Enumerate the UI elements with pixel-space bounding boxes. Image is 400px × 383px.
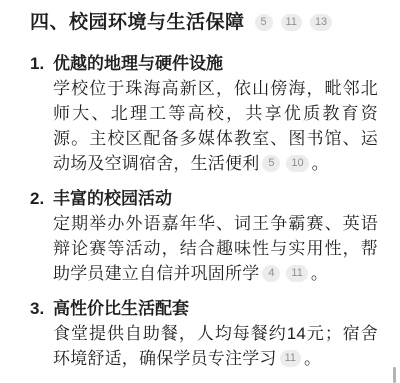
section-heading: 四、校园环境与生活保障 5 11 13 <box>30 9 378 36</box>
list-item-title-text: 丰富的校园活动 <box>53 186 172 211</box>
body-text-end: 。 <box>311 264 328 283</box>
list-item-1: 1. 优越的地理与硬件设施 学校位于珠海高新区，依山傍海，毗邻北师大、北理工等高… <box>30 51 378 176</box>
list-item-title: 1. 优越的地理与硬件设施 <box>30 51 378 76</box>
list-item-body: 食堂提供自助餐，人均每餐约14元；宿舍环境舒适，确保学员专注学习11。 <box>53 321 378 371</box>
citation-badge[interactable]: 11 <box>286 265 307 282</box>
list-item-number: 1. <box>30 51 53 76</box>
list-item-number: 2. <box>30 186 53 211</box>
citation-badge[interactable]: 11 <box>280 350 301 367</box>
citation-badge[interactable]: 5 <box>262 155 280 172</box>
heading-citation-group: 5 11 13 <box>255 14 333 31</box>
list-item-body: 定期举办外语嘉年华、词王争霸赛、英语辩论赛等活动，结合趣味性与实用性，帮助学员建… <box>53 211 378 286</box>
body-text: 食堂提供自助餐，人均每餐约14元；宿舍环境舒适，确保学员专注学习 <box>53 324 378 368</box>
list-item-title: 2. 丰富的校园活动 <box>30 186 378 211</box>
list-item-title-text: 高性价比生活配套 <box>53 296 189 321</box>
citation-badge[interactable]: 10 <box>286 155 308 172</box>
list-item-title-text: 优越的地理与硬件设施 <box>53 51 223 76</box>
list-item-number: 3. <box>30 296 53 321</box>
list-item-2: 2. 丰富的校园活动 定期举办外语嘉年华、词王争霸赛、英语辩论赛等活动，结合趣味… <box>30 186 378 286</box>
body-text: 学校位于珠海高新区，依山傍海，毗邻北师大、北理工等高校，共享优质教育资源。主校区… <box>53 79 378 173</box>
list-item-body: 学校位于珠海高新区，依山傍海，毗邻北师大、北理工等高校，共享优质教育资源。主校区… <box>53 76 378 176</box>
body-text-end: 。 <box>304 349 321 368</box>
citation-badge[interactable]: 13 <box>310 14 332 31</box>
list-item-3: 3. 高性价比生活配套 食堂提供自助餐，人均每餐约14元；宿舍环境舒适，确保学员… <box>30 296 378 371</box>
list-item-title: 3. 高性价比生活配套 <box>30 296 378 321</box>
body-text-end: 。 <box>312 154 329 173</box>
scrollbar-thumb[interactable] <box>393 367 396 383</box>
section-heading-text: 四、校园环境与生活保障 <box>30 9 245 36</box>
body-text: 定期举办外语嘉年华、词王争霸赛、英语辩论赛等活动，结合趣味性与实用性，帮助学员建… <box>53 214 378 283</box>
citation-badge[interactable]: 4 <box>262 265 280 282</box>
citation-badge[interactable]: 5 <box>255 14 273 31</box>
answer-panel: 四、校园环境与生活保障 5 11 13 1. 优越的地理与硬件设施 学校位于珠海… <box>0 0 400 383</box>
citation-badge[interactable]: 11 <box>281 14 302 31</box>
